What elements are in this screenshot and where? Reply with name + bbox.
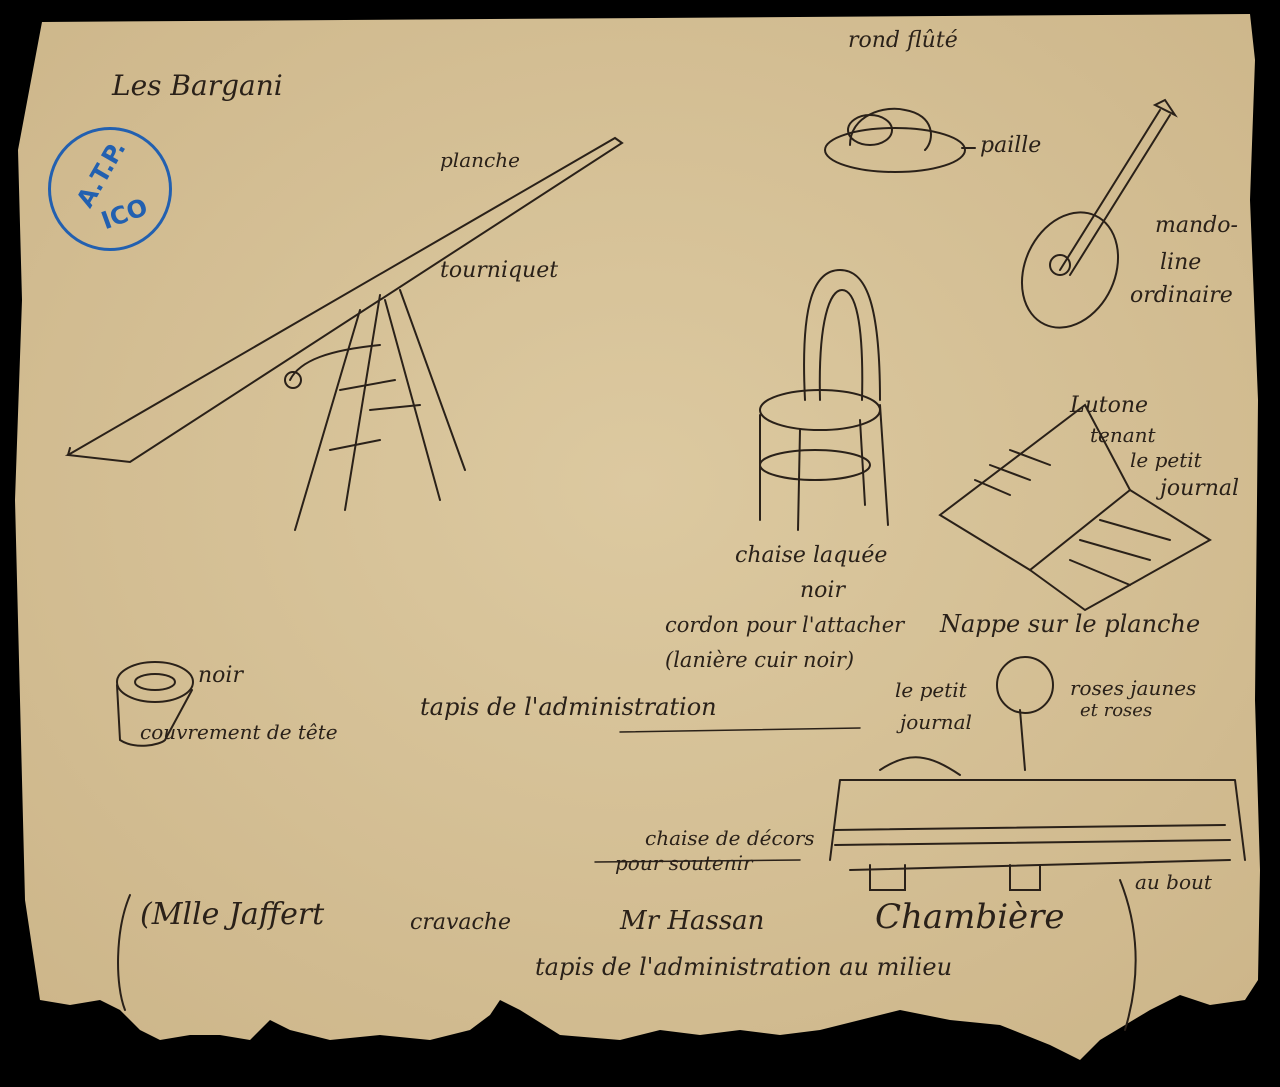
label-newspaper-1: Lutone: [1070, 395, 1148, 417]
label-cordon-2: (lanière cuir noir): [665, 650, 854, 671]
label-chaise-decors-1: chaise de décors: [645, 828, 815, 848]
label-cordon-1: cordon pour l'attacher: [665, 615, 904, 636]
chair-sketch: [760, 270, 888, 530]
open-bracket: [118, 895, 130, 1010]
label-petit-journal-1: le petit: [895, 680, 967, 700]
label-chair-2: noir: [800, 580, 845, 602]
label-mandolin-3: ordinaire: [1130, 285, 1233, 307]
label-tourniquet: tourniquet: [440, 260, 558, 282]
label-noir: noir: [198, 665, 243, 687]
label-hat-top: rond flûté: [848, 30, 958, 52]
label-mandolin-1: mando-: [1155, 215, 1238, 237]
label-tapis: tapis de l'administration: [420, 695, 717, 719]
seesaw-sketch: [68, 138, 622, 530]
label-newspaper-4: journal: [1160, 478, 1239, 500]
label-nappe: Nappe sur le planche: [940, 612, 1200, 636]
label-hat-material: paille: [980, 135, 1041, 157]
label-newspaper-2: tenant: [1090, 425, 1156, 445]
close-bracket: [1120, 880, 1136, 1030]
label-newspaper-3: le petit: [1130, 450, 1202, 470]
label-roses-2: et roses: [1080, 702, 1152, 720]
document-title: Les Bargani: [112, 72, 283, 100]
hat-sketch: [825, 109, 975, 172]
label-bottom-2: cravache: [410, 912, 511, 934]
label-roses-1: roses jaunes: [1070, 678, 1196, 698]
label-couvre-chef: couvrement de tête: [140, 722, 338, 742]
label-mandolin-2: line: [1160, 252, 1201, 274]
label-bottom-3: Mr Hassan: [620, 908, 764, 934]
newspaper-sketch: [940, 405, 1210, 610]
label-bottom-4: Chambière: [875, 900, 1065, 934]
label-planche: planche: [440, 150, 520, 170]
label-chaise-decors-2: pour soutenir: [615, 853, 753, 873]
label-chair-1: chaise laquée: [735, 545, 887, 567]
label-bottom-5: tapis de l'administration au milieu: [535, 955, 952, 979]
label-petit-journal-2: journal: [900, 712, 972, 732]
label-bottom-1: (Mlle Jaffert: [140, 900, 324, 930]
label-au-bout: au bout: [1135, 872, 1212, 892]
